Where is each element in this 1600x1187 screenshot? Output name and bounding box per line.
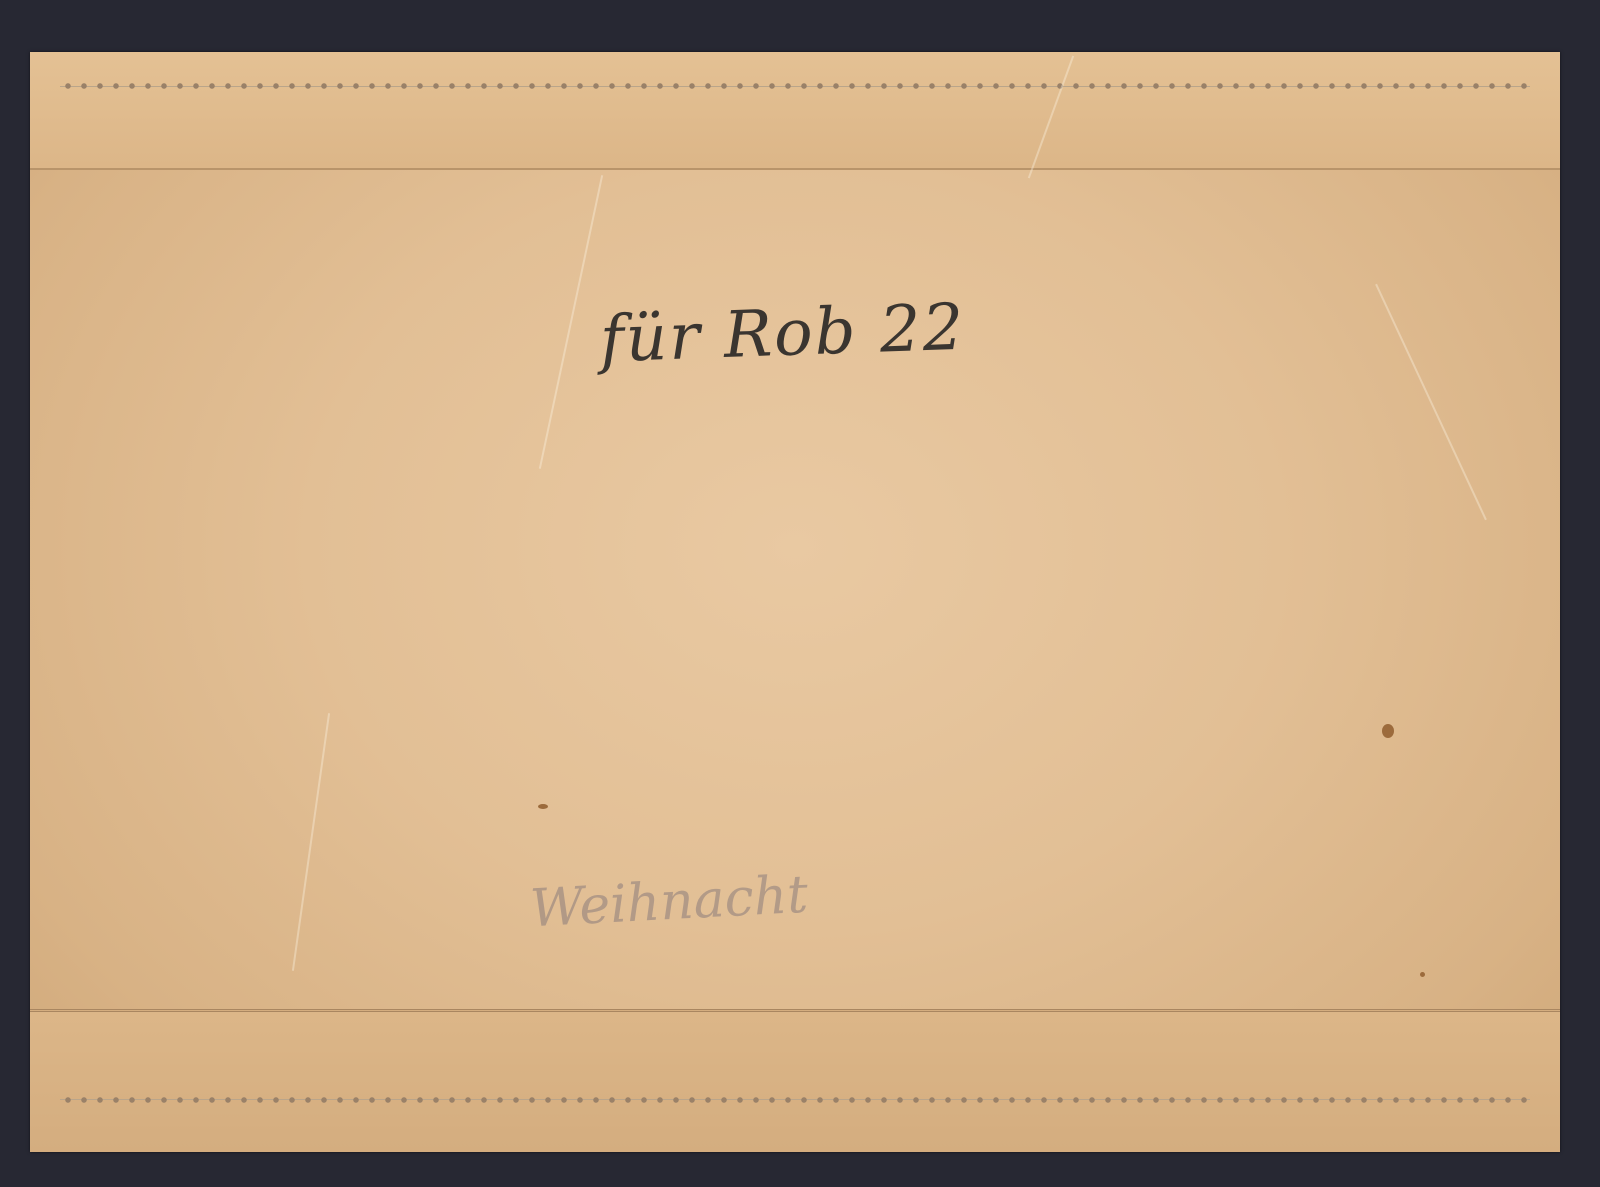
stain <box>1420 972 1425 977</box>
leather-pouch: für Rob 22 Weihnacht <box>30 52 1560 1152</box>
stain <box>538 804 548 809</box>
crease <box>539 175 603 469</box>
faint-handwriting: Weihnacht <box>529 865 810 939</box>
bottom-stitching <box>60 1096 1530 1104</box>
bottom-folded-band <box>30 1009 1560 1152</box>
crease <box>292 713 330 971</box>
top-stitching <box>60 82 1530 90</box>
top-folded-band <box>30 52 1560 170</box>
stain <box>1382 724 1394 738</box>
handwritten-note: für Rob 22 <box>599 291 967 378</box>
crease <box>1375 284 1487 520</box>
